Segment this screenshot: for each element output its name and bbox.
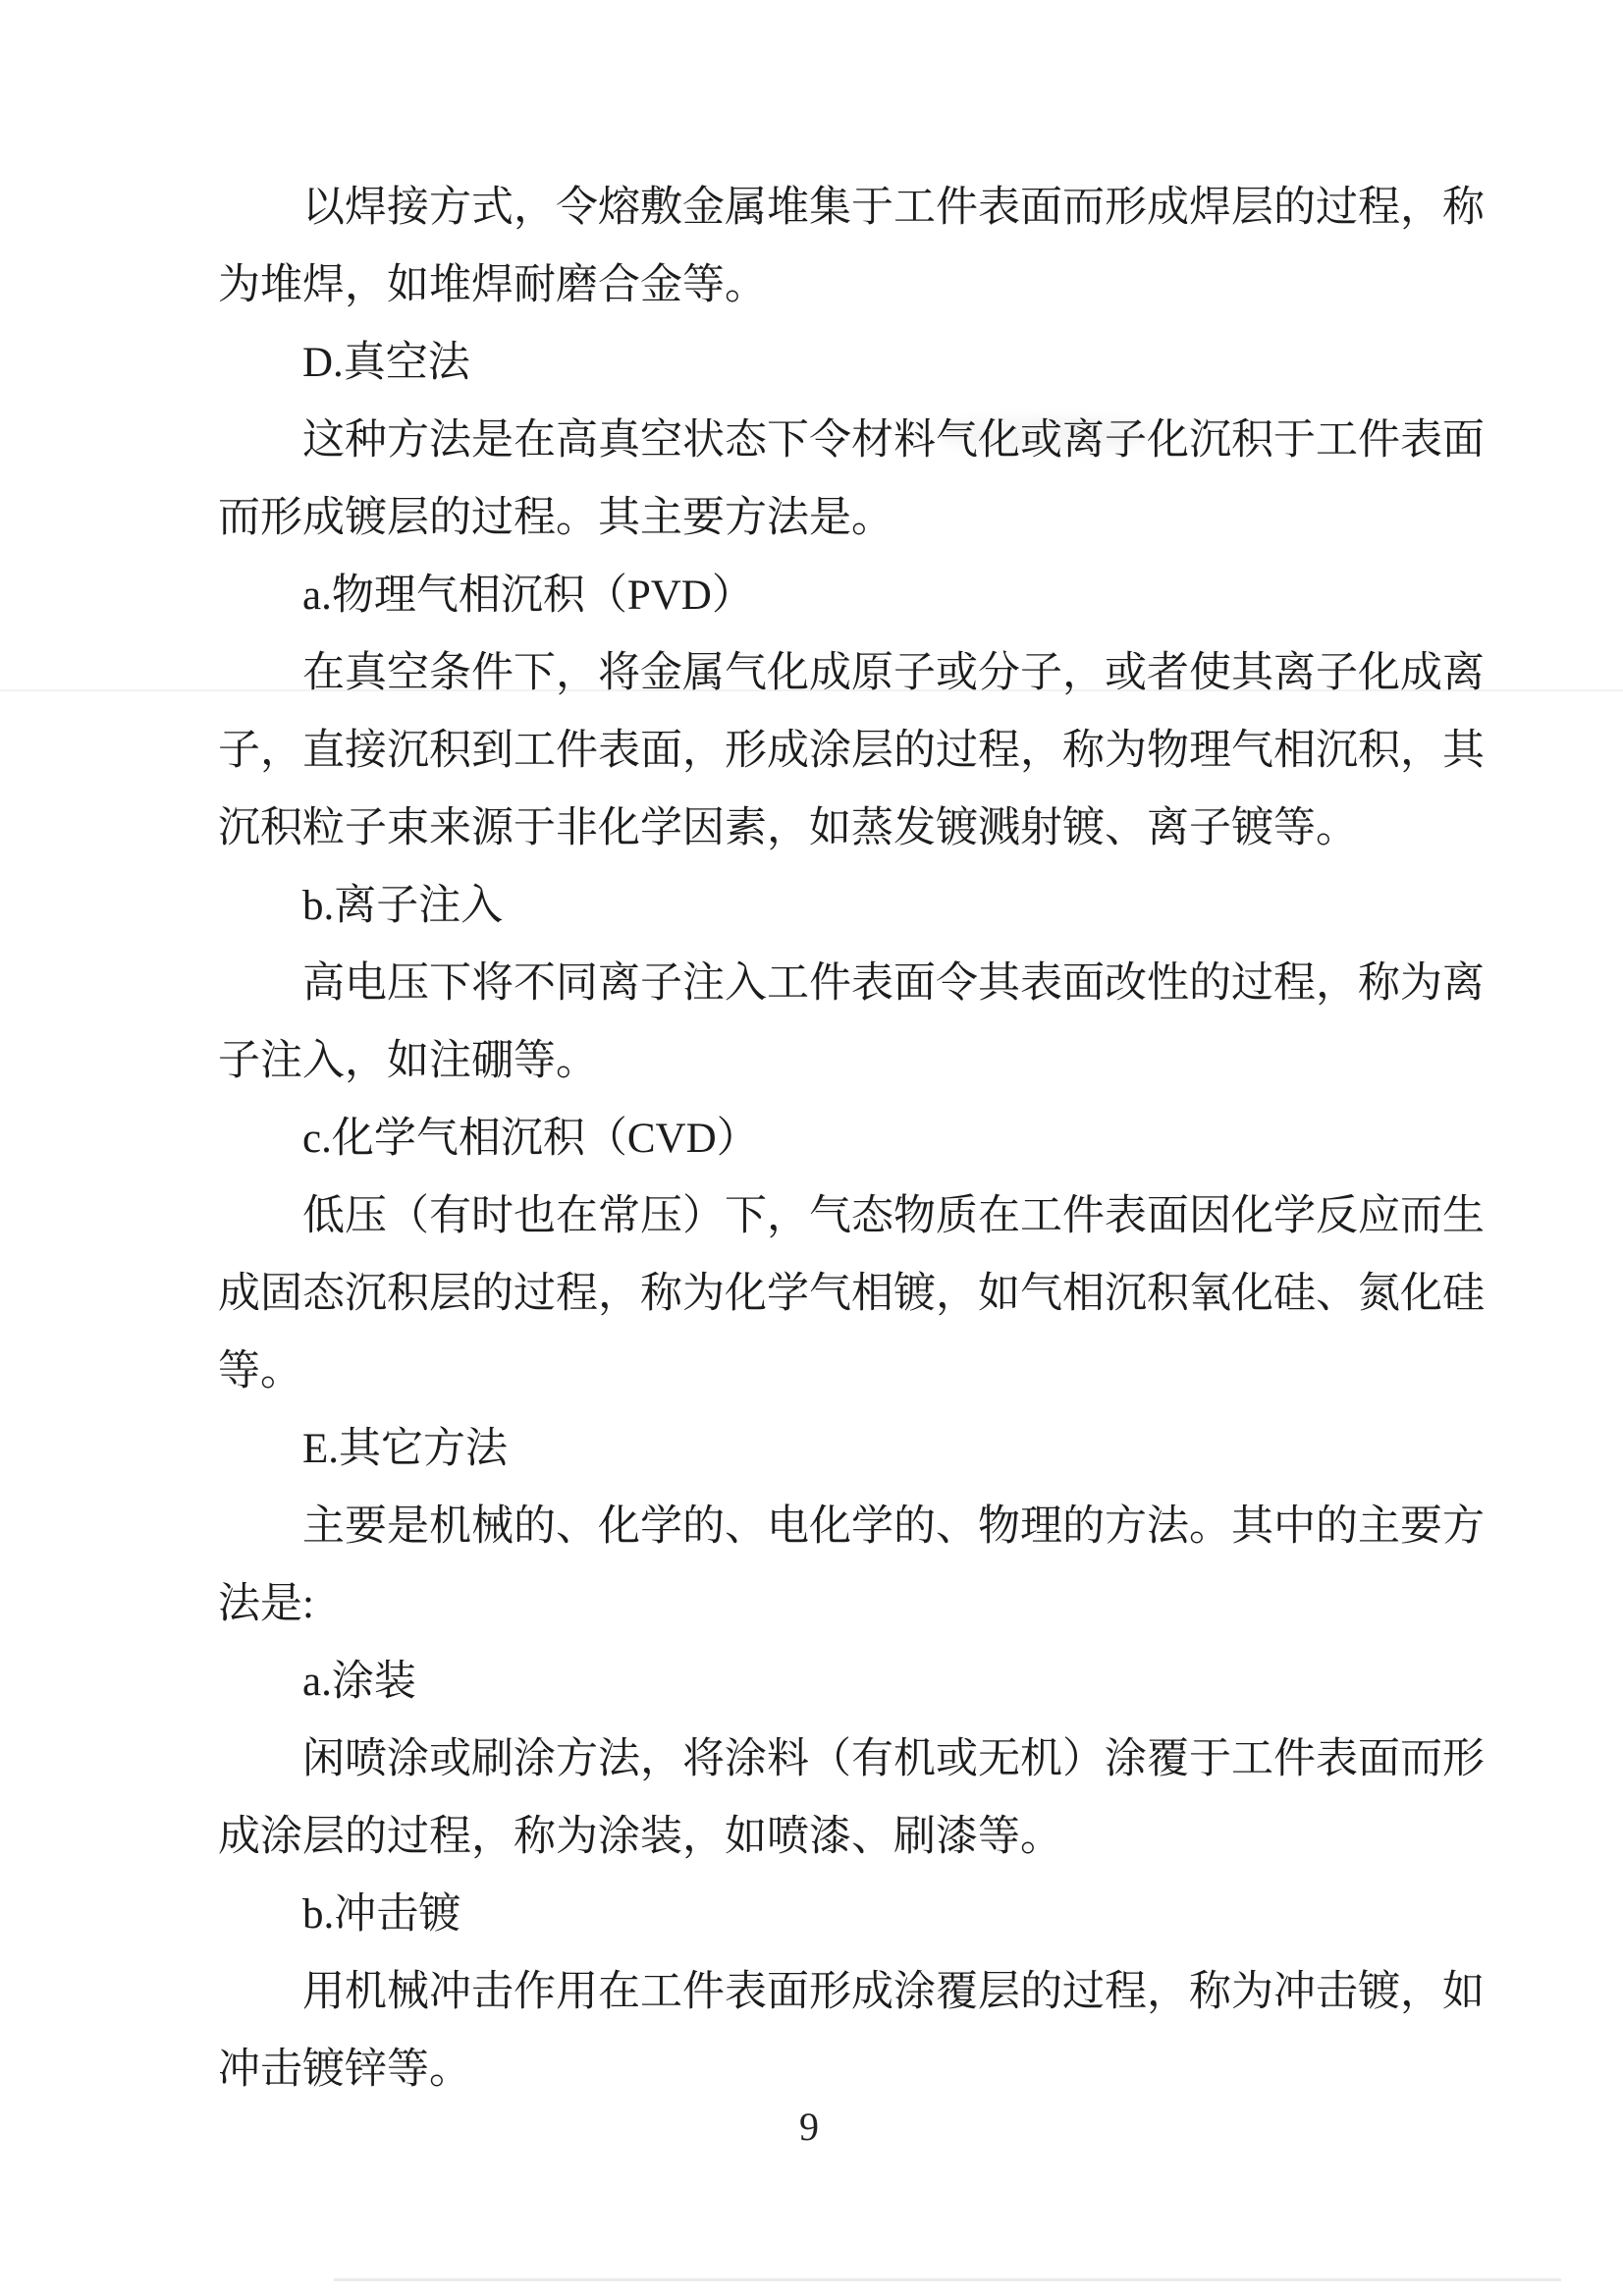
text-line: 为堆焊，如堆焊耐磨合金等。 [218,246,1400,324]
text-line: b.冲击镀 [218,1876,1400,1953]
text-line: a.物理气相沉积（PVD） [218,557,1400,634]
text-line: 等。 [218,1333,1400,1410]
page-number: 9 [218,2104,1400,2151]
text-line: E.其它方法 [218,1410,1400,1488]
text-line: 低压（有时也在常压）下，气态物质在工件表面因化学反应而生 [218,1177,1400,1255]
text-line: 这种方法是在高真空状态下令材料气化或离子化沉积于工件表面 [218,402,1400,479]
text-line: 主要是机械的、化学的、电化学的、物理的方法。其中的主要方 [218,1488,1400,1565]
text-block: 以焊接方式，令熔敷金属堆集于工件表面而形成焊层的过程，称为堆焊，如堆焊耐磨合金等… [218,169,1400,2108]
text-line: a.涂装 [218,1643,1400,1721]
document-page: 以焊接方式，令熔敷金属堆集于工件表面而形成焊层的过程，称为堆焊，如堆焊耐磨合金等… [0,0,1623,2296]
scan-artifact [334,2278,1561,2281]
text-line: 子，直接沉积到工件表面，形成涂层的过程，称为物理气相沉积，其 [218,712,1400,790]
text-line: 冲击镀锌等。 [218,2031,1400,2108]
text-line: 子注入，如注硼等。 [218,1022,1400,1100]
text-line: 成涂层的过程，称为涂装，如喷漆、刷漆等。 [218,1798,1400,1876]
text-line: c.化学气相沉积（CVD） [218,1100,1400,1177]
text-line: b.离子注入 [218,867,1400,945]
text-line: 闲喷涂或刷涂方法，将涂料（有机或无机）涂覆于工件表面而形 [218,1721,1400,1798]
text-line: 用机械冲击作用在工件表面形成涂覆层的过程，称为冲击镀，如 [218,1953,1400,2031]
text-line: 沉积粒子束来源于非化学因素，如蒸发镀溅射镀、离子镀等。 [218,790,1400,867]
text-line: D.真空法 [218,324,1400,402]
text-line: 以焊接方式，令熔敷金属堆集于工件表面而形成焊层的过程，称 [218,169,1400,246]
text-line: 法是: [218,1565,1400,1643]
text-line: 在真空条件下，将金属气化成原子或分子，或者使其离子化成离 [218,634,1400,712]
text-line: 而形成镀层的过程。其主要方法是。 [218,479,1400,557]
text-line: 高电压下将不同离子注入工件表面令其表面改性的过程，称为离 [218,945,1400,1022]
text-line: 成固态沉积层的过程，称为化学气相镀，如气相沉积氧化硅、氮化硅 [218,1255,1400,1333]
